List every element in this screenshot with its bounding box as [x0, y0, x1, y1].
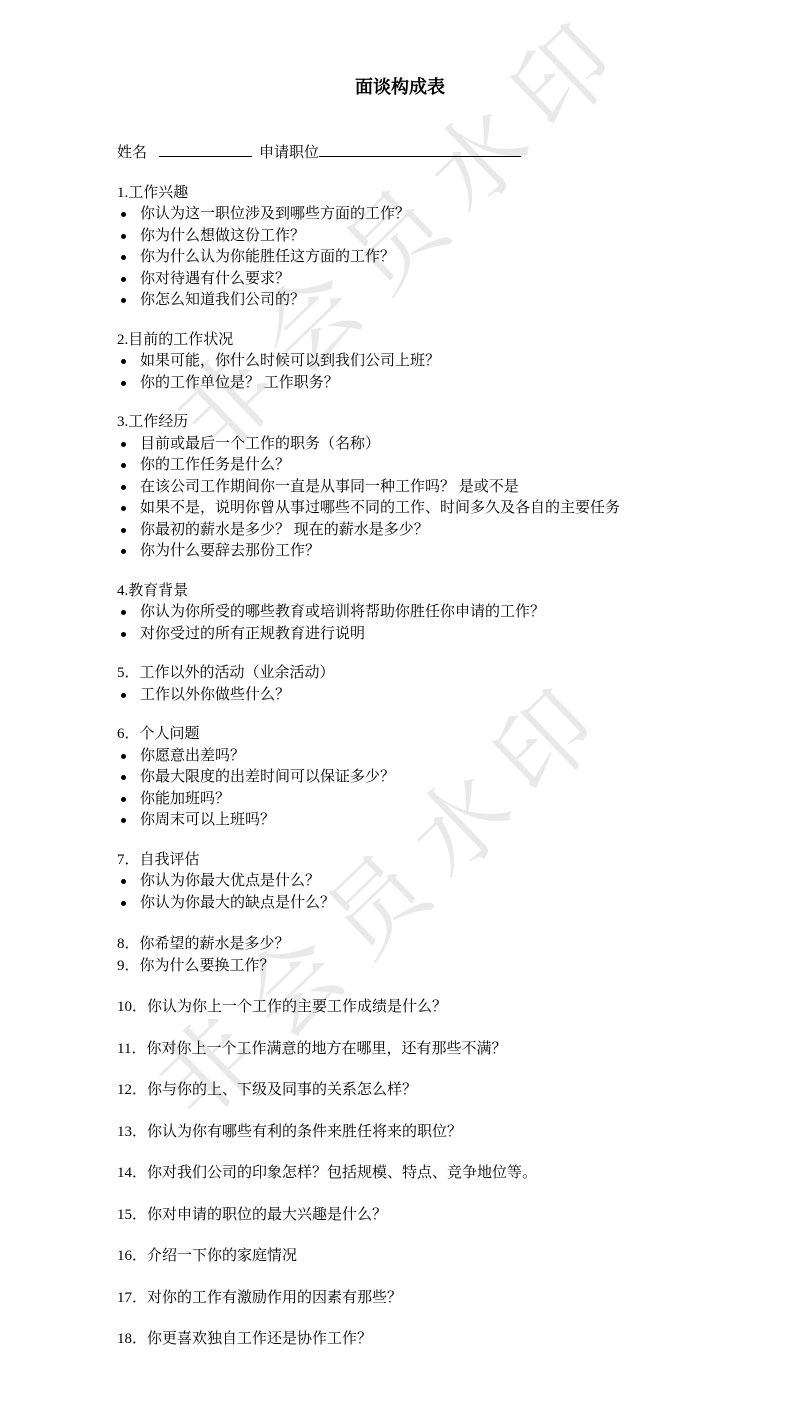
question-text: 在该公司工作期间你一直是从事同一种工作吗？ 是或不是	[140, 477, 683, 499]
question-item: 如果不是，说明你曾从事过哪些不同的工作、时间多久及各自的主要任务	[117, 498, 683, 520]
numbered-question-group: 10．你认为你上一个工作的主要工作成绩是什么？	[117, 997, 683, 1019]
numbered-question-text: 17．对你的工作有激励作用的因素有那些？	[117, 1290, 402, 1306]
question-section: 4.教育背景 你认为你所受的哪些教育或培训将帮助你胜任你申请的工作？ 对你受过的…	[117, 581, 683, 646]
numbered-question-group: 16．介绍一下你的家庭情况	[117, 1246, 683, 1268]
question-item: 在该公司工作期间你一直是从事同一种工作吗？ 是或不是	[117, 477, 683, 499]
numbered-question-group: 11．你对你上一个工作满意的地方在哪里，还有那些不满？	[117, 1039, 683, 1061]
question-text: 你最大限度的出差时间可以保证多少？	[140, 767, 683, 789]
bullet-icon	[117, 204, 140, 226]
numbered-question-group: 14．你对我们公司的印象怎样？包括规模、特点、竞争地位等。	[117, 1163, 683, 1185]
section-bullet-list: 你认为你所受的哪些教育或培训将帮助你胜任你申请的工作？ 对你受过的所有正规教育进…	[117, 602, 683, 645]
section-heading: 4.教育背景	[117, 581, 683, 603]
question-text: 你为什么要辞去那份工作？	[140, 541, 683, 563]
question-section: 1.工作兴趣 你认为这一职位涉及到哪些方面的工作？ 你为什么想做这份工作？ 你为…	[117, 183, 683, 312]
numbered-question: 10．你认为你上一个工作的主要工作成绩是什么？	[117, 997, 683, 1019]
numbered-question: 15．你对申请的职位的最大兴趣是什么？	[117, 1205, 683, 1227]
question-text: 目前或最后一个工作的职务（名称）	[140, 434, 683, 456]
header-fields-row: 姓名申请职位	[117, 142, 683, 165]
numbered-question-text: 15．你对申请的职位的最大兴趣是什么？	[117, 1207, 387, 1223]
numbered-question: 13．你认为你有哪些有利的条件来胜任将来的职位？	[117, 1122, 683, 1144]
numbered-question-group: 15．你对申请的职位的最大兴趣是什么？	[117, 1205, 683, 1227]
bullet-icon	[117, 247, 140, 269]
question-item: 对你受过的所有正规教育进行说明	[117, 624, 683, 646]
numbered-question: 16．介绍一下你的家庭情况	[117, 1246, 683, 1268]
question-text: 你对待遇有什么要求？	[140, 269, 683, 291]
question-text: 你愿意出差吗？	[140, 746, 683, 768]
question-text: 你能加班吗？	[140, 789, 683, 811]
numbered-question: 9．你为什么要换工作？	[117, 956, 683, 978]
bullet-icon	[117, 893, 140, 915]
bullet-icon	[117, 871, 140, 893]
question-text: 你认为你最大优点是什么？	[140, 871, 683, 893]
question-item: 如果可能，你什么时候可以到我们公司上班？	[117, 351, 683, 373]
section-heading: 3.工作经历	[117, 412, 683, 434]
bullet-icon	[117, 520, 140, 542]
question-item: 你的工作任务是什么？	[117, 455, 683, 477]
numbered-question-text: 12．你与你的上、下级及同事的关系怎么样？	[117, 1082, 417, 1098]
numbered-question-group: 18．你更喜欢独自工作还是协作工作？	[117, 1329, 683, 1351]
question-text: 你的工作单位是？ 工作职务？	[140, 373, 683, 395]
question-item: 你对待遇有什么要求？	[117, 269, 683, 291]
bullet-icon	[117, 477, 140, 499]
section-bullet-list: 工作以外你做些什么？	[117, 685, 683, 707]
numbered-question: 17．对你的工作有激励作用的因素有那些？	[117, 1288, 683, 1310]
numbered-question-text: 18．你更喜欢独自工作还是协作工作？	[117, 1331, 372, 1347]
question-text: 你的工作任务是什么？	[140, 455, 683, 477]
bullet-icon	[117, 351, 140, 373]
question-section: 2.目前的工作状况 如果可能，你什么时候可以到我们公司上班？ 你的工作单位是？ …	[117, 330, 683, 395]
bullet-icon	[117, 434, 140, 456]
section-bullet-list: 你愿意出差吗？ 你最大限度的出差时间可以保证多少？ 你能加班吗？ 你周末可以上班…	[117, 746, 683, 832]
question-item: 你认为你所受的哪些教育或培训将帮助你胜任你申请的工作？	[117, 602, 683, 624]
question-text: 如果不是，说明你曾从事过哪些不同的工作、时间多久及各自的主要任务	[140, 498, 683, 520]
numbered-question: 8．你希望的薪水是多少？	[117, 934, 683, 956]
bullet-icon	[117, 498, 140, 520]
document-content: 面谈构成表 姓名申请职位 1.工作兴趣 你认为这一职位涉及到哪些方面的工作？ 你…	[117, 0, 683, 1351]
name-label: 姓名	[117, 145, 147, 161]
bullet-icon	[117, 624, 140, 646]
question-section: 7．自我评估 你认为你最大优点是什么？ 你认为你最大的缺点是什么？	[117, 850, 683, 915]
question-text: 你为什么认为你能胜任这方面的工作？	[140, 247, 683, 269]
question-section: 3.工作经历 目前或最后一个工作的职务（名称） 你的工作任务是什么？ 在该公司工…	[117, 412, 683, 563]
position-blank-line[interactable]	[319, 142, 521, 157]
section-bullet-list: 目前或最后一个工作的职务（名称） 你的工作任务是什么？ 在该公司工作期间你一直是…	[117, 434, 683, 563]
bullet-icon	[117, 789, 140, 811]
question-item: 你认为这一职位涉及到哪些方面的工作？	[117, 204, 683, 226]
bullet-icon	[117, 269, 140, 291]
numbered-question-text: 13．你认为你有哪些有利的条件来胜任将来的职位？	[117, 1124, 462, 1140]
numbered-question: 14．你对我们公司的印象怎样？包括规模、特点、竞争地位等。	[117, 1163, 683, 1185]
numbered-question-group: 12．你与你的上、下级及同事的关系怎么样？	[117, 1080, 683, 1102]
question-text: 你认为你最大的缺点是什么？	[140, 893, 683, 915]
numbered-question-group: 8．你希望的薪水是多少？ 9．你为什么要换工作？	[117, 934, 683, 977]
section-heading: 1.工作兴趣	[117, 183, 683, 205]
question-item: 你为什么认为你能胜任这方面的工作？	[117, 247, 683, 269]
section-bullet-list: 你认为这一职位涉及到哪些方面的工作？ 你为什么想做这份工作？ 你为什么认为你能胜…	[117, 204, 683, 312]
question-item: 你认为你最大的缺点是什么？	[117, 893, 683, 915]
question-item: 你最大限度的出差时间可以保证多少？	[117, 767, 683, 789]
question-item: 你认为你最大优点是什么？	[117, 871, 683, 893]
section-heading: 7．自我评估	[117, 850, 683, 872]
question-text: 你认为你所受的哪些教育或培训将帮助你胜任你申请的工作？	[140, 602, 683, 624]
question-item: 你能加班吗？	[117, 789, 683, 811]
question-item: 你为什么想做这份工作？	[117, 226, 683, 248]
question-item: 你愿意出差吗？	[117, 746, 683, 768]
section-heading: 5．工作以外的活动（业余活动）	[117, 663, 683, 685]
bullet-icon	[117, 373, 140, 395]
numbered-question: 12．你与你的上、下级及同事的关系怎么样？	[117, 1080, 683, 1102]
numbered-question: 11．你对你上一个工作满意的地方在哪里，还有那些不满？	[117, 1039, 683, 1061]
question-item: 工作以外你做些什么？	[117, 685, 683, 707]
page-title: 面谈构成表	[117, 76, 683, 98]
question-item: 你为什么要辞去那份工作？	[117, 541, 683, 563]
section-heading: 6．个人问题	[117, 724, 683, 746]
question-text: 你周末可以上班吗？	[140, 810, 683, 832]
bullet-icon	[117, 455, 140, 477]
numbered-question-text: 9．你为什么要换工作？	[117, 958, 275, 974]
bullet-icon	[117, 810, 140, 832]
question-text: 对你受过的所有正规教育进行说明	[140, 624, 683, 646]
bullet-icon	[117, 541, 140, 563]
bullet-icon	[117, 746, 140, 768]
question-text: 如果可能，你什么时候可以到我们公司上班？	[140, 351, 683, 373]
numbered-question-text: 10．你认为你上一个工作的主要工作成绩是什么？	[117, 999, 447, 1015]
document-page: 非会员水印 非会员水印 面谈构成表 姓名申请职位 1.工作兴趣 你认为这一职位涉…	[0, 0, 793, 1419]
question-item: 目前或最后一个工作的职务（名称）	[117, 434, 683, 456]
section-bullet-list: 如果可能，你什么时候可以到我们公司上班？ 你的工作单位是？ 工作职务？	[117, 351, 683, 394]
bullet-icon	[117, 226, 140, 248]
name-blank-line[interactable]	[159, 142, 252, 157]
numbered-question-text: 8．你希望的薪水是多少？	[117, 936, 290, 952]
question-item: 你的工作单位是？ 工作职务？	[117, 373, 683, 395]
bullet-icon	[117, 767, 140, 789]
numbered-question-text: 14．你对我们公司的印象怎样？包括规模、特点、竞争地位等。	[117, 1165, 537, 1181]
numbered-question: 18．你更喜欢独自工作还是协作工作？	[117, 1329, 683, 1351]
sections-list: 1.工作兴趣 你认为这一职位涉及到哪些方面的工作？ 你为什么想做这份工作？ 你为…	[117, 183, 683, 915]
question-text: 工作以外你做些什么？	[140, 685, 683, 707]
numbered-question-group: 13．你认为你有哪些有利的条件来胜任将来的职位？	[117, 1122, 683, 1144]
numbered-question-text: 11．你对你上一个工作满意的地方在哪里，还有那些不满？	[117, 1041, 506, 1057]
position-label: 申请职位	[259, 145, 319, 161]
question-section: 6．个人问题 你愿意出差吗？ 你最大限度的出差时间可以保证多少？ 你能加班吗？ …	[117, 724, 683, 832]
question-text: 你最初的薪水是多少？ 现在的薪水是多少？	[140, 520, 683, 542]
section-heading: 2.目前的工作状况	[117, 330, 683, 352]
numbered-question-text: 16．介绍一下你的家庭情况	[117, 1248, 297, 1264]
numbered-questions-list: 8．你希望的薪水是多少？ 9．你为什么要换工作？ 10．你认为你上一个工作的主要…	[117, 934, 683, 1351]
question-item: 你周末可以上班吗？	[117, 810, 683, 832]
question-section: 5．工作以外的活动（业余活动） 工作以外你做些什么？	[117, 663, 683, 706]
question-item: 你最初的薪水是多少？ 现在的薪水是多少？	[117, 520, 683, 542]
numbered-question-group: 17．对你的工作有激励作用的因素有那些？	[117, 1288, 683, 1310]
section-bullet-list: 你认为你最大优点是什么？ 你认为你最大的缺点是什么？	[117, 871, 683, 914]
bullet-icon	[117, 685, 140, 707]
question-text: 你为什么想做这份工作？	[140, 226, 683, 248]
bullet-icon	[117, 602, 140, 624]
question-text: 你认为这一职位涉及到哪些方面的工作？	[140, 204, 683, 226]
bullet-icon	[117, 290, 140, 312]
question-item: 你怎么知道我们公司的？	[117, 290, 683, 312]
question-text: 你怎么知道我们公司的？	[140, 290, 683, 312]
